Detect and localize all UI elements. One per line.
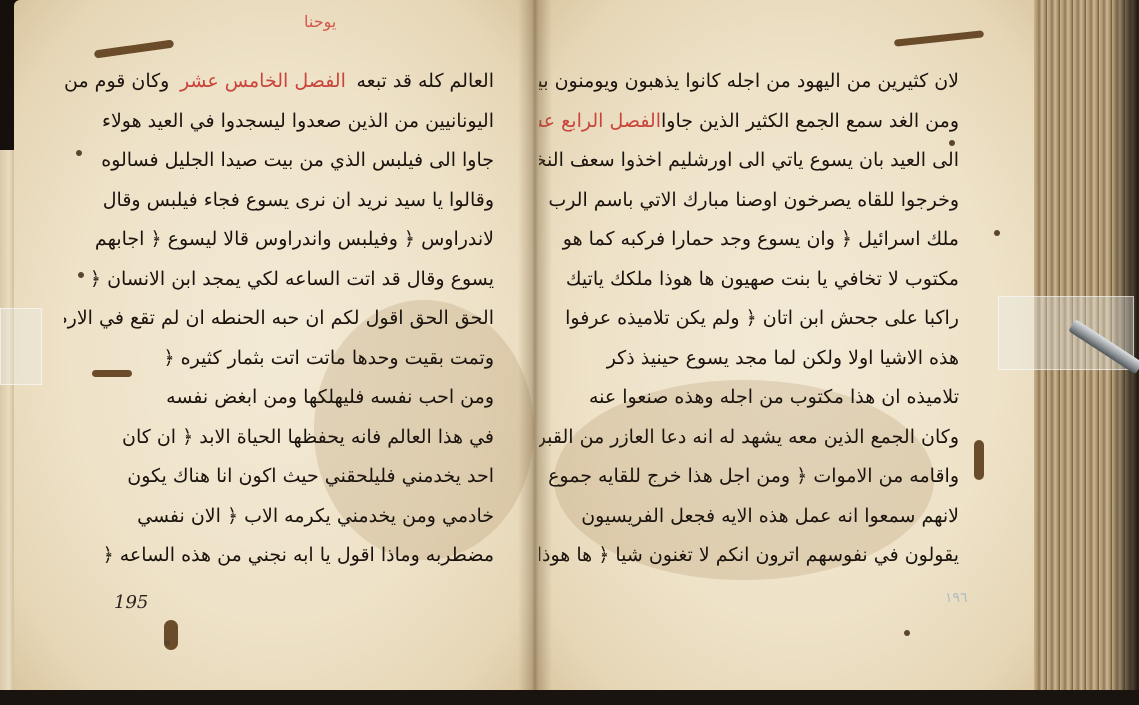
worm-hole [994, 230, 1000, 236]
gutter-fold [518, 0, 552, 695]
text-line: وتمت بقيت وحدها ماتت اتت بثمار كثيره ﴿ [64, 339, 494, 379]
text-line: خادمي ومن يخدمني يكرمه الاب ﴿ الان نفسي [64, 497, 494, 537]
worm-damage [894, 30, 984, 46]
worm-hole [164, 640, 170, 646]
folio-number: 195 [114, 592, 148, 613]
text-line: ملك اسرائيل ﴿ وان يسوع وجد حمارا فركبه ك… [539, 220, 959, 260]
text-line: لان كثيرين من اليهود من اجله كانوا يذهبو… [539, 62, 959, 102]
text-line: وخرجوا للقاه يصرخون اوصنا مبارك الاتي با… [539, 181, 959, 221]
chapter-rubric: الفصل الرابع عشر [539, 102, 661, 142]
text-line: جاوا الى فيلبس الذي من بيت صيدا الجليل ف… [64, 141, 494, 181]
text-line: في هذا العالم فانه يحفظها الحياة الابد ﴿… [64, 418, 494, 458]
text-line: هذه الاشيا اولا ولكن لما مجد يسوع حينيذ … [539, 339, 959, 379]
text-line: مضطربه وماذا اقول يا ابه نجني من هذه الس… [64, 536, 494, 576]
line-text: وكان قوم من [64, 62, 169, 102]
text-line: وقالوا يا سيد نريد ان نرى يسوع فجاء فيلب… [64, 181, 494, 221]
worm-hole [904, 630, 910, 636]
transparent-tape-left [0, 308, 42, 385]
chapter-rubric: الفصل الخامس عشر [180, 62, 346, 102]
text-line: راكبا على جحش ابن اتان ﴿ ولم يكن تلاميذه… [539, 299, 959, 339]
text-line: لاندراوس ﴿ وفيلبس واندراوس قالا ليسوع ﴿ … [64, 220, 494, 260]
running-header: يوحنا [304, 12, 336, 31]
text-line: يقولون في نفوسهم اترون انكم لا تغنون شيا… [539, 536, 959, 576]
left-text-block: العالم كله قد تبعه الفصل الخامس عشر وكان… [64, 62, 494, 576]
right-text-block: لان كثيرين من اليهود من اجله كانوا يذهبو… [539, 62, 959, 576]
worm-damage [94, 39, 174, 58]
text-line: الى العيد بان يسوع ياتي الى اورشليم اخذو… [539, 141, 959, 181]
text-line: ومن الغد سمع الجمع الكثير الذين جاوا الف… [539, 102, 959, 142]
text-line: ومن احب نفسه فليهلكها ومن ابغض نفسه [64, 378, 494, 418]
text-line: واقامه من الاموات ﴿ ومن اجل هذا خرج للقا… [539, 457, 959, 497]
text-line: اليونانيين من الذين صعدوا ليسجدوا في الع… [64, 102, 494, 142]
text-line: الحق الحق اقول لكم ان حبه الحنطه ان لم ت… [64, 299, 494, 339]
text-line: احد يخدمني فليلحقني حيث اكون انا هناك يك… [64, 457, 494, 497]
line-text: ومن الغد سمع الجمع الكثير الذين جاوا [661, 102, 959, 142]
text-line: وكان الجمع الذين معه يشهد له انه دعا الع… [539, 418, 959, 458]
left-page: يوحنا العالم كله قد تبعه الفصل الخامس عش… [14, 0, 534, 695]
text-line: مكتوب لا تخافي يا بنت صهيون ها هوذا ملكك… [539, 260, 959, 300]
line-text: العالم كله قد تبعه [356, 62, 494, 102]
bottom-shadow [0, 690, 1139, 705]
text-line: تلاميذه ان هذا مكتوب من اجله وهذه صنعوا … [539, 378, 959, 418]
text-line: لانهم سمعوا انه عمل هذه الايه فجعل الفري… [539, 497, 959, 537]
shelf-mark: ١٩٦ [945, 590, 968, 606]
text-line: العالم كله قد تبعه الفصل الخامس عشر وكان… [64, 62, 494, 102]
right-page: لان كثيرين من اليهود من اجله كانوا يذهبو… [534, 0, 1054, 695]
text-line: يسوع وقال قد اتت الساعه لكي يمجد ابن الا… [64, 260, 494, 300]
worm-damage [974, 440, 984, 480]
manuscript-photo: يوحنا العالم كله قد تبعه الفصل الخامس عش… [0, 0, 1139, 705]
